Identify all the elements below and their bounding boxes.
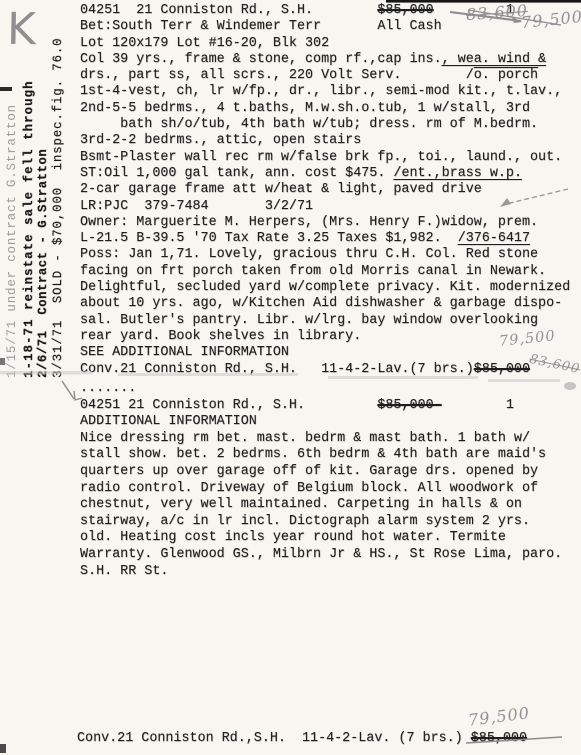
text-segment: ST:Oil 1,000 gal tank, ann. cost $475. xyxy=(80,166,393,181)
text-segment: 04251 21 Conniston Rd., S.H. xyxy=(80,398,377,413)
typed-line: quarters up over garage off of kit. Gara… xyxy=(80,464,562,481)
text-segment: about 10 yrs. ago, w/Kitchen Aid dishwas… xyxy=(80,296,562,311)
footer-summary-line: Conv.21 Conniston Rd.,S.H. 11-4-2-Lav. (… xyxy=(77,731,527,747)
typed-line: 3rd-2-2 bedrms., attic, open stairs xyxy=(80,133,570,149)
text-segment: facing on frt porch taken from old Morri… xyxy=(80,264,546,279)
text-segment: Conv.21 Conniston Rd., S.H. 11-4-2-Lav.(… xyxy=(80,362,474,377)
text-segment: Col 39 yrs., frame & stone, comp rf.,cap… xyxy=(80,52,442,67)
typed-line: stairway, a/c in lr incl. Dictograph ala… xyxy=(80,514,562,531)
typed-line: Lot 120x179 Lot #16-20, Blk 302 xyxy=(80,36,570,52)
overlined-text: o. porch xyxy=(474,68,538,83)
typed-line: Owner: Marguerite M. Herpers, (Mrs. Henr… xyxy=(80,215,570,231)
typed-line: ADDITIONAL INFORMATION xyxy=(80,414,562,431)
text-segment: 2-car garage frame att w/heat & light, p… xyxy=(80,182,482,197)
handwritten-k-mark: K xyxy=(7,4,37,55)
struck-text: $85,000- xyxy=(377,398,441,413)
text-segment: stall show. bet. 2 bedrms. 6th bedrm & 4… xyxy=(80,447,546,462)
scan-smudge-blob xyxy=(564,382,576,390)
text-segment: ADDITIONAL INFORMATION xyxy=(80,414,257,429)
text-segment: ....... xyxy=(80,381,136,396)
typed-line: chestnut, very well maintained. Carpetin… xyxy=(80,497,562,514)
typed-line: Poss: Jan 1,71. Lovely, gracious thru C.… xyxy=(80,247,570,263)
typed-line: Conv.21 Conniston Rd.,S.H. 11-4-2-Lav. (… xyxy=(77,731,527,747)
struck-text: $85,000 xyxy=(474,362,530,377)
typed-line: stall show. bet. 2 bedrms. 6th bedrm & 4… xyxy=(80,447,562,464)
text-segment: Conv.21 Conniston Rd.,S.H. 11-4-2-Lav. (… xyxy=(77,731,471,746)
text-segment: Warranty. Glenwood GS., Milbrn Jr & HS.,… xyxy=(80,547,562,562)
scanned-real-estate-listing-card: K 1/15/71 under contract G.Stratton 1-18… xyxy=(0,0,581,755)
pencil-arrow-icon xyxy=(62,381,82,400)
margin-note-reinstate: 1-18-71 reinstate sale fell through xyxy=(22,80,36,378)
typed-line: Delightful, secluded yard w/complete pri… xyxy=(80,280,570,296)
text-segment: 3rd-2-2 bedrms., attic, open stairs xyxy=(80,133,361,148)
typed-line: Conv.21 Conniston Rd., S.H. 11-4-2-Lav.(… xyxy=(80,362,570,378)
text-segment: quarters up over garage off of kit. Gara… xyxy=(80,464,538,479)
handwritten-price-bottom: 79,500 xyxy=(467,703,531,729)
underlined-text: /ent.,brass w.p. xyxy=(393,166,522,181)
margin-note-sold: 3/31/71 SOLD - $70,000 inspec.fig. 76.0 xyxy=(51,38,65,378)
typed-line: ST:Oil 1,000 gal tank, ann. cost $475. /… xyxy=(80,166,570,182)
text-segment: radio control. Driveway of Belgium block… xyxy=(80,481,538,496)
text-segment: bath sh/o/tub, 4th bath w/tub; dress. rm… xyxy=(80,117,538,132)
underlined-text: /376-6417 xyxy=(458,231,530,246)
typed-line: ....... xyxy=(80,381,562,398)
text-segment: LR:PJC 379-7484 3/2/71 xyxy=(80,199,313,214)
text-segment: chestnut, very well maintained. Carpetin… xyxy=(80,497,522,512)
text-segment: 2nd-5-5 bedrms., 4 t.baths, M.w.sh.o.tub… xyxy=(80,101,530,116)
typed-line: Warranty. Glenwood GS., Milbrn Jr & HS.,… xyxy=(80,547,562,564)
text-segment: S.H. RR St. xyxy=(80,564,168,579)
typed-line: about 10 yrs. ago, w/Kitchen Aid dishwas… xyxy=(80,296,570,312)
typed-line: drs., part ss, all scrs., 220 Volt Serv.… xyxy=(80,68,570,84)
typed-line: Nice dressing rm bet. mast. bedrm & mast… xyxy=(80,431,562,448)
typed-line: rear yard. Book shelves in library. xyxy=(80,329,570,345)
margin-note-contract: 2/6/71 Contract - G.Stratton xyxy=(36,149,50,378)
text-segment: drs., part ss, all scrs., 220 Volt Serv.… xyxy=(80,68,474,83)
text-segment: Owner: Marguerite M. Herpers, (Mrs. Henr… xyxy=(80,215,538,230)
typed-line: facing on frt porch taken from old Morri… xyxy=(80,264,570,280)
text-segment: SEE ADDITIONAL INFORMATION xyxy=(80,345,289,360)
text-segment: stairway, a/c in lr incl. Dictograph ala… xyxy=(80,514,530,529)
text-segment: L-21.5 B-39.5 '70 Tax Rate 3.25 Taxes $1… xyxy=(80,231,458,246)
text-segment: 1st-4-vest, ch, lr w/fp., dr., libr., se… xyxy=(80,84,562,99)
typed-line: LR:PJC 379-7484 3/2/71 xyxy=(80,199,570,215)
listing-card-additional-information: .......04251 21 Conniston Rd., S.H. $85,… xyxy=(80,381,562,580)
text-segment: Bet:South Terr & Windemer Terr All Cash xyxy=(80,19,442,34)
text-segment: 1 xyxy=(442,398,514,413)
typed-line: sal. Butler's pantry. Libr. w/lrg. bay w… xyxy=(80,313,570,329)
typed-line: 2-car garage frame att w/heat & light, p… xyxy=(80,182,570,198)
typed-line: Col 39 yrs., frame & stone, comp rf.,cap… xyxy=(80,52,570,68)
typed-line: old. Heating cost incls year round hot w… xyxy=(80,530,562,547)
text-segment: Nice dressing rm bet. mast. bedrm & mast… xyxy=(80,431,530,446)
text-segment: old. Heating cost incls year round hot w… xyxy=(80,530,506,545)
underlined-text: , wea. wind & xyxy=(442,52,546,67)
typed-line: L-21.5 B-39.5 '70 Tax Rate 3.25 Taxes $1… xyxy=(80,231,570,247)
typed-line: 04251 21 Conniston Rd., S.H. $85,000- 1 xyxy=(80,398,562,415)
typed-line: 1st-4-vest, ch, lr w/fp., dr., libr., se… xyxy=(80,84,570,100)
listing-card-main: 04251 21 Conniston Rd., S.H. $85,000 1Be… xyxy=(80,3,570,378)
typed-line: Bsmt-Plaster wall rec rm w/false brk fp.… xyxy=(80,150,570,166)
text-segment: rear yard. Book shelves in library. xyxy=(80,329,361,344)
typed-line: bath sh/o/tub, 4th bath w/tub; dress. rm… xyxy=(80,117,570,133)
text-segment: Bsmt-Plaster wall rec rm w/false brk fp.… xyxy=(80,150,562,165)
typed-line: radio control. Driveway of Belgium block… xyxy=(80,481,562,498)
text-segment: Lot 120x179 Lot #16-20, Blk 302 xyxy=(80,36,329,51)
text-segment: 04251 21 Conniston Rd., S.H. xyxy=(80,3,377,18)
struck-text: $85,000 xyxy=(377,3,433,18)
text-segment: Delightful, secluded yard w/complete pri… xyxy=(80,280,570,295)
text-segment: sal. Butler's pantry. Libr. w/lrg. bay w… xyxy=(80,313,538,328)
text-segment: Poss: Jan 1,71. Lovely, gracious thru C.… xyxy=(80,247,538,262)
margin-note-under-contract: 1/15/71 under contract G.Stratton xyxy=(5,104,19,378)
typed-line: S.H. RR St. xyxy=(80,564,562,581)
typed-line: SEE ADDITIONAL INFORMATION xyxy=(80,345,570,361)
typed-line: 2nd-5-5 bedrms., 4 t.baths, M.w.sh.o.tub… xyxy=(80,101,570,117)
struck-text: $85,000 xyxy=(471,731,527,746)
